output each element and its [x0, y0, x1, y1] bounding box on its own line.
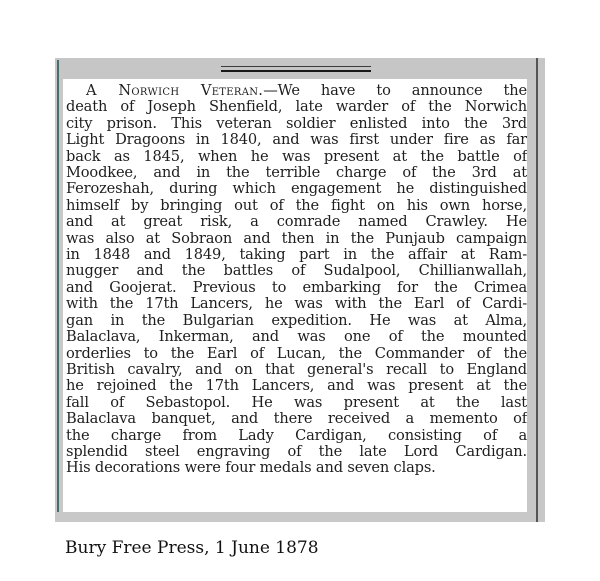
article-line: Balaclava banquet, and there received a …: [66, 411, 527, 427]
article-line: the charge from Lady Cardigan, consistin…: [66, 428, 527, 444]
article-line: city prison. This veteran soldier enlist…: [66, 116, 527, 132]
article-line: British cavalry, and on that general's r…: [66, 362, 527, 378]
article-line: Moodkee, and in the terrible charge of t…: [66, 165, 527, 181]
article-line: A Norwich Veteran.—We have to announce t…: [66, 83, 527, 99]
article-body: A Norwich Veteran.—We have to announce t…: [66, 83, 527, 477]
article-line: and at great risk, a comrade named Crawl…: [66, 214, 527, 230]
article-line: himself by bringing out of the fight on …: [66, 198, 527, 214]
article-line: death of Joseph Shenfield, late warder o…: [66, 99, 527, 115]
rule-thin: [221, 66, 371, 67]
article-line: back as 1845, when he was present at the…: [66, 149, 527, 165]
clipping-top-margin: [55, 58, 545, 80]
article-line: Balaclava, Inkerman, and was one of the …: [66, 329, 527, 345]
article-line: was also at Sobraon and then in the Punj…: [66, 231, 527, 247]
source-caption: Bury Free Press, 1 June 1878: [65, 538, 319, 558]
clipping-left-edge: [57, 60, 59, 512]
article-headline: A Norwich Veteran.: [86, 83, 263, 99]
article-line: Light Dragoons in 1840, and was first un…: [66, 132, 527, 148]
article-line: he rejoined the 17th Lancers, and was pr…: [66, 378, 527, 394]
rule-thick: [221, 70, 371, 72]
column-rule-right: [536, 58, 538, 522]
article-line: gan in the Bulgarian expedition. He was …: [66, 313, 527, 329]
article-line: in 1848 and 1849, taking part in the aff…: [66, 247, 527, 263]
article-line: nugger and the battles of Sudalpool, Chi…: [66, 263, 527, 279]
article-line: with the 17th Lancers, he was with the E…: [66, 296, 527, 312]
article-line: His decorations were four medals and sev…: [66, 460, 527, 476]
article-line: orderlies to the Earl of Lucan, the Comm…: [66, 346, 527, 362]
newspaper-clipping: A Norwich Veteran.—We have to announce t…: [55, 58, 545, 522]
article-panel: A Norwich Veteran.—We have to announce t…: [63, 79, 527, 512]
article-line-text: —We have to announce the: [263, 83, 527, 99]
article-line: splendid steel engraving of the late Lor…: [66, 444, 527, 460]
article-line: Ferozeshah, during which engagement he d…: [66, 181, 527, 197]
article-line: and Goojerat. Previous to embarking for …: [66, 280, 527, 296]
article-line: fall of Sebastopol. He was present at th…: [66, 395, 527, 411]
